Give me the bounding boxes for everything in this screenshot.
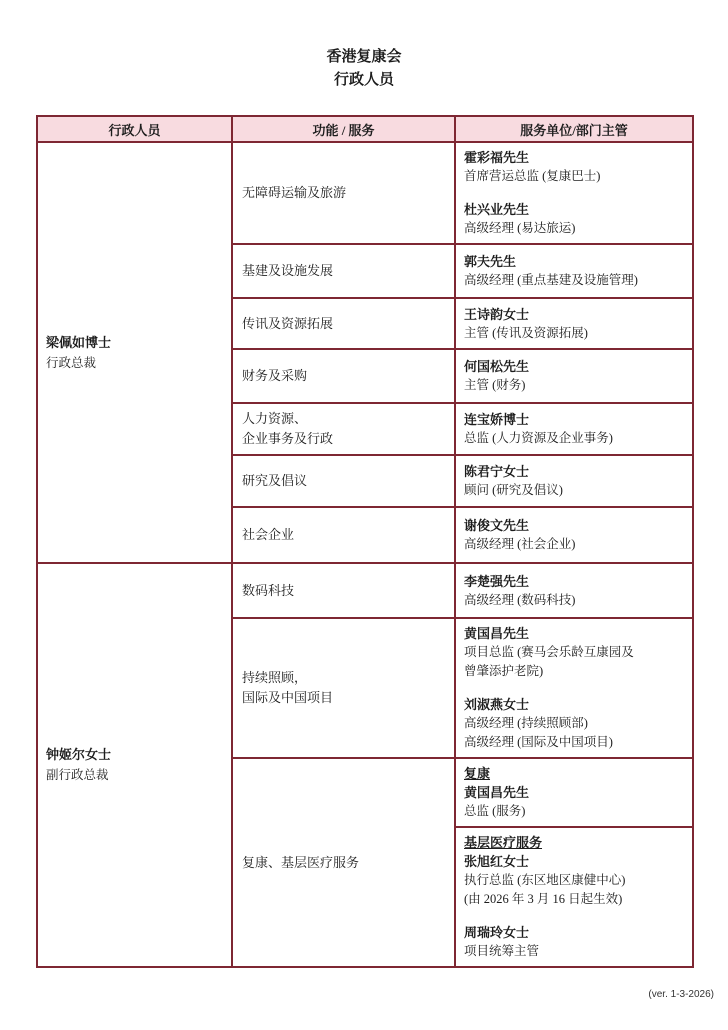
table-header-row: 行政人员 功能 / 服务 服务单位/部门主管: [37, 116, 693, 142]
version-note: (ver. 1-3-2026): [648, 989, 714, 1000]
person-name: 何国松先生: [464, 357, 684, 376]
executive-name: 钟姬尔女士: [46, 745, 223, 765]
unit-head-cell: 黄国昌先生 项目总监 (赛马会乐龄互康园及 曾肇添护老院) 刘淑燕女士 高级经理…: [455, 618, 693, 758]
person-name: 连宝娇博士: [464, 410, 684, 429]
function-cell: 人力资源、 企业事务及行政: [232, 403, 455, 455]
person-name: 周瑞玲女士: [464, 923, 684, 942]
unit-head-cell: 郭夫先生 高级经理 (重点基建及设施管理): [455, 244, 693, 298]
person-entry: 杜兴业先生 高级经理 (易达旅运): [464, 200, 684, 238]
person-title: 顾问 (研究及倡议): [464, 481, 684, 500]
executive-cell-section1: 梁佩如博士 行政总裁: [37, 142, 232, 563]
function-cell: 无障碍运输及旅游: [232, 142, 455, 244]
person-name: 黄国昌先生: [464, 783, 684, 802]
person-title: 项目统筹主管: [464, 942, 684, 961]
person-entry: 连宝娇博士 总监 (人力资源及企业事务): [464, 410, 684, 448]
unit-head-cell: 连宝娇博士 总监 (人力资源及企业事务): [455, 403, 693, 455]
person-name: 王诗韵女士: [464, 305, 684, 324]
person-name: 霍彩福先生: [464, 148, 684, 167]
person-entry: 李楚强先生 高级经理 (数码科技): [464, 572, 684, 610]
person-name: 郭夫先生: [464, 252, 684, 271]
unit-head-cell: 霍彩福先生 首席营运总监 (复康巴士) 杜兴业先生 高级经理 (易达旅运): [455, 142, 693, 244]
person-title: 总监 (人力资源及企业事务): [464, 429, 684, 448]
unit-head-cell: 陈君宁女士 顾问 (研究及倡议): [455, 455, 693, 507]
table-row: 梁佩如博士 行政总裁 无障碍运输及旅游 霍彩福先生 首席营运总监 (复康巴士) …: [37, 142, 693, 244]
person-title: 项目总监 (赛马会乐龄互康园及 曾肇添护老院): [464, 643, 684, 681]
unit-head-cell: 李楚强先生 高级经理 (数码科技): [455, 563, 693, 618]
executive-title: 行政总裁: [46, 353, 223, 373]
person-title: 首席营运总监 (复康巴士): [464, 167, 684, 186]
service-group-label: 复康: [464, 764, 684, 783]
header-cell-function: 功能 / 服务: [232, 116, 455, 142]
function-cell: 研究及倡议: [232, 455, 455, 507]
function-cell: 传讯及资源拓展: [232, 298, 455, 349]
person-entry: 黄国昌先生 总监 (服务): [464, 783, 684, 821]
unit-head-subcell-primary-care: 基层医疗服务 张旭红女士 执行总监 (东区地区康健中心) (由 2026 年 3…: [455, 827, 693, 967]
person-name: 黄国昌先生: [464, 624, 684, 643]
executive-staff-table: 行政人员 功能 / 服务 服务单位/部门主管 梁佩如博士 行政总裁 无障碍运输及…: [36, 115, 694, 968]
person-name: 杜兴业先生: [464, 200, 684, 219]
person-name: 李楚强先生: [464, 572, 684, 591]
person-title: 高级经理 (易达旅运): [464, 219, 684, 238]
person-title: 主管 (传讯及资源拓展): [464, 324, 684, 343]
person-entry: 刘淑燕女士 高级经理 (持续照顾部) 高级经理 (国际及中国项目): [464, 695, 684, 752]
function-cell: 基建及设施发展: [232, 244, 455, 298]
person-name: 刘淑燕女士: [464, 695, 684, 714]
person-name: 陈君宁女士: [464, 462, 684, 481]
document-title-line1: 香港复康会: [0, 46, 728, 69]
function-cell: 持续照顾， 国际及中国项目: [232, 618, 455, 758]
person-title: 高级经理 (重点基建及设施管理): [464, 271, 684, 290]
service-group-label: 基层医疗服务: [464, 833, 684, 852]
person-name: 谢俊文先生: [464, 516, 684, 535]
person-title: 高级经理 (社会企业): [464, 535, 684, 554]
table-row: 钟姬尔女士 副行政总裁 数码科技 李楚强先生 高级经理 (数码科技): [37, 563, 693, 618]
person-entry: 周瑞玲女士 项目统筹主管: [464, 923, 684, 961]
header-cell-executive: 行政人员: [37, 116, 232, 142]
person-entry: 谢俊文先生 高级经理 (社会企业): [464, 516, 684, 554]
person-name: 张旭红女士: [464, 852, 684, 871]
person-title: 主管 (财务): [464, 376, 684, 395]
person-entry: 陈君宁女士 顾问 (研究及倡议): [464, 462, 684, 500]
person-title: 高级经理 (持续照顾部) 高级经理 (国际及中国项目): [464, 714, 684, 752]
unit-head-subcell-rehab: 复康 黄国昌先生 总监 (服务): [455, 758, 693, 827]
person-entry: 霍彩福先生 首席营运总监 (复康巴士): [464, 148, 684, 186]
unit-head-cell: 谢俊文先生 高级经理 (社会企业): [455, 507, 693, 563]
person-title: 高级经理 (数码科技): [464, 591, 684, 610]
person-entry: 张旭红女士 执行总监 (东区地区康健中心) (由 2026 年 3 月 16 日…: [464, 852, 684, 909]
function-cell: 社会企业: [232, 507, 455, 563]
person-title: 执行总监 (东区地区康健中心) (由 2026 年 3 月 16 日起生效): [464, 871, 684, 909]
person-entry: 何国松先生 主管 (财务): [464, 357, 684, 395]
document-title: 香港复康会 行政人员: [0, 46, 728, 92]
executive-cell-section2: 钟姬尔女士 副行政总裁: [37, 563, 232, 967]
function-cell: 财务及采购: [232, 349, 455, 403]
header-cell-unit-head: 服务单位/部门主管: [455, 116, 693, 142]
unit-head-cell: 何国松先生 主管 (财务): [455, 349, 693, 403]
person-entry: 郭夫先生 高级经理 (重点基建及设施管理): [464, 252, 684, 290]
function-cell: 数码科技: [232, 563, 455, 618]
unit-head-cell: 王诗韵女士 主管 (传讯及资源拓展): [455, 298, 693, 349]
executive-name: 梁佩如博士: [46, 333, 223, 353]
executive-title: 副行政总裁: [46, 765, 223, 785]
function-cell: 复康、基层医疗服务: [232, 758, 455, 967]
document-title-line2: 行政人员: [0, 69, 728, 92]
person-entry: 王诗韵女士 主管 (传讯及资源拓展): [464, 305, 684, 343]
person-title: 总监 (服务): [464, 802, 684, 821]
person-entry: 黄国昌先生 项目总监 (赛马会乐龄互康园及 曾肇添护老院): [464, 624, 684, 681]
